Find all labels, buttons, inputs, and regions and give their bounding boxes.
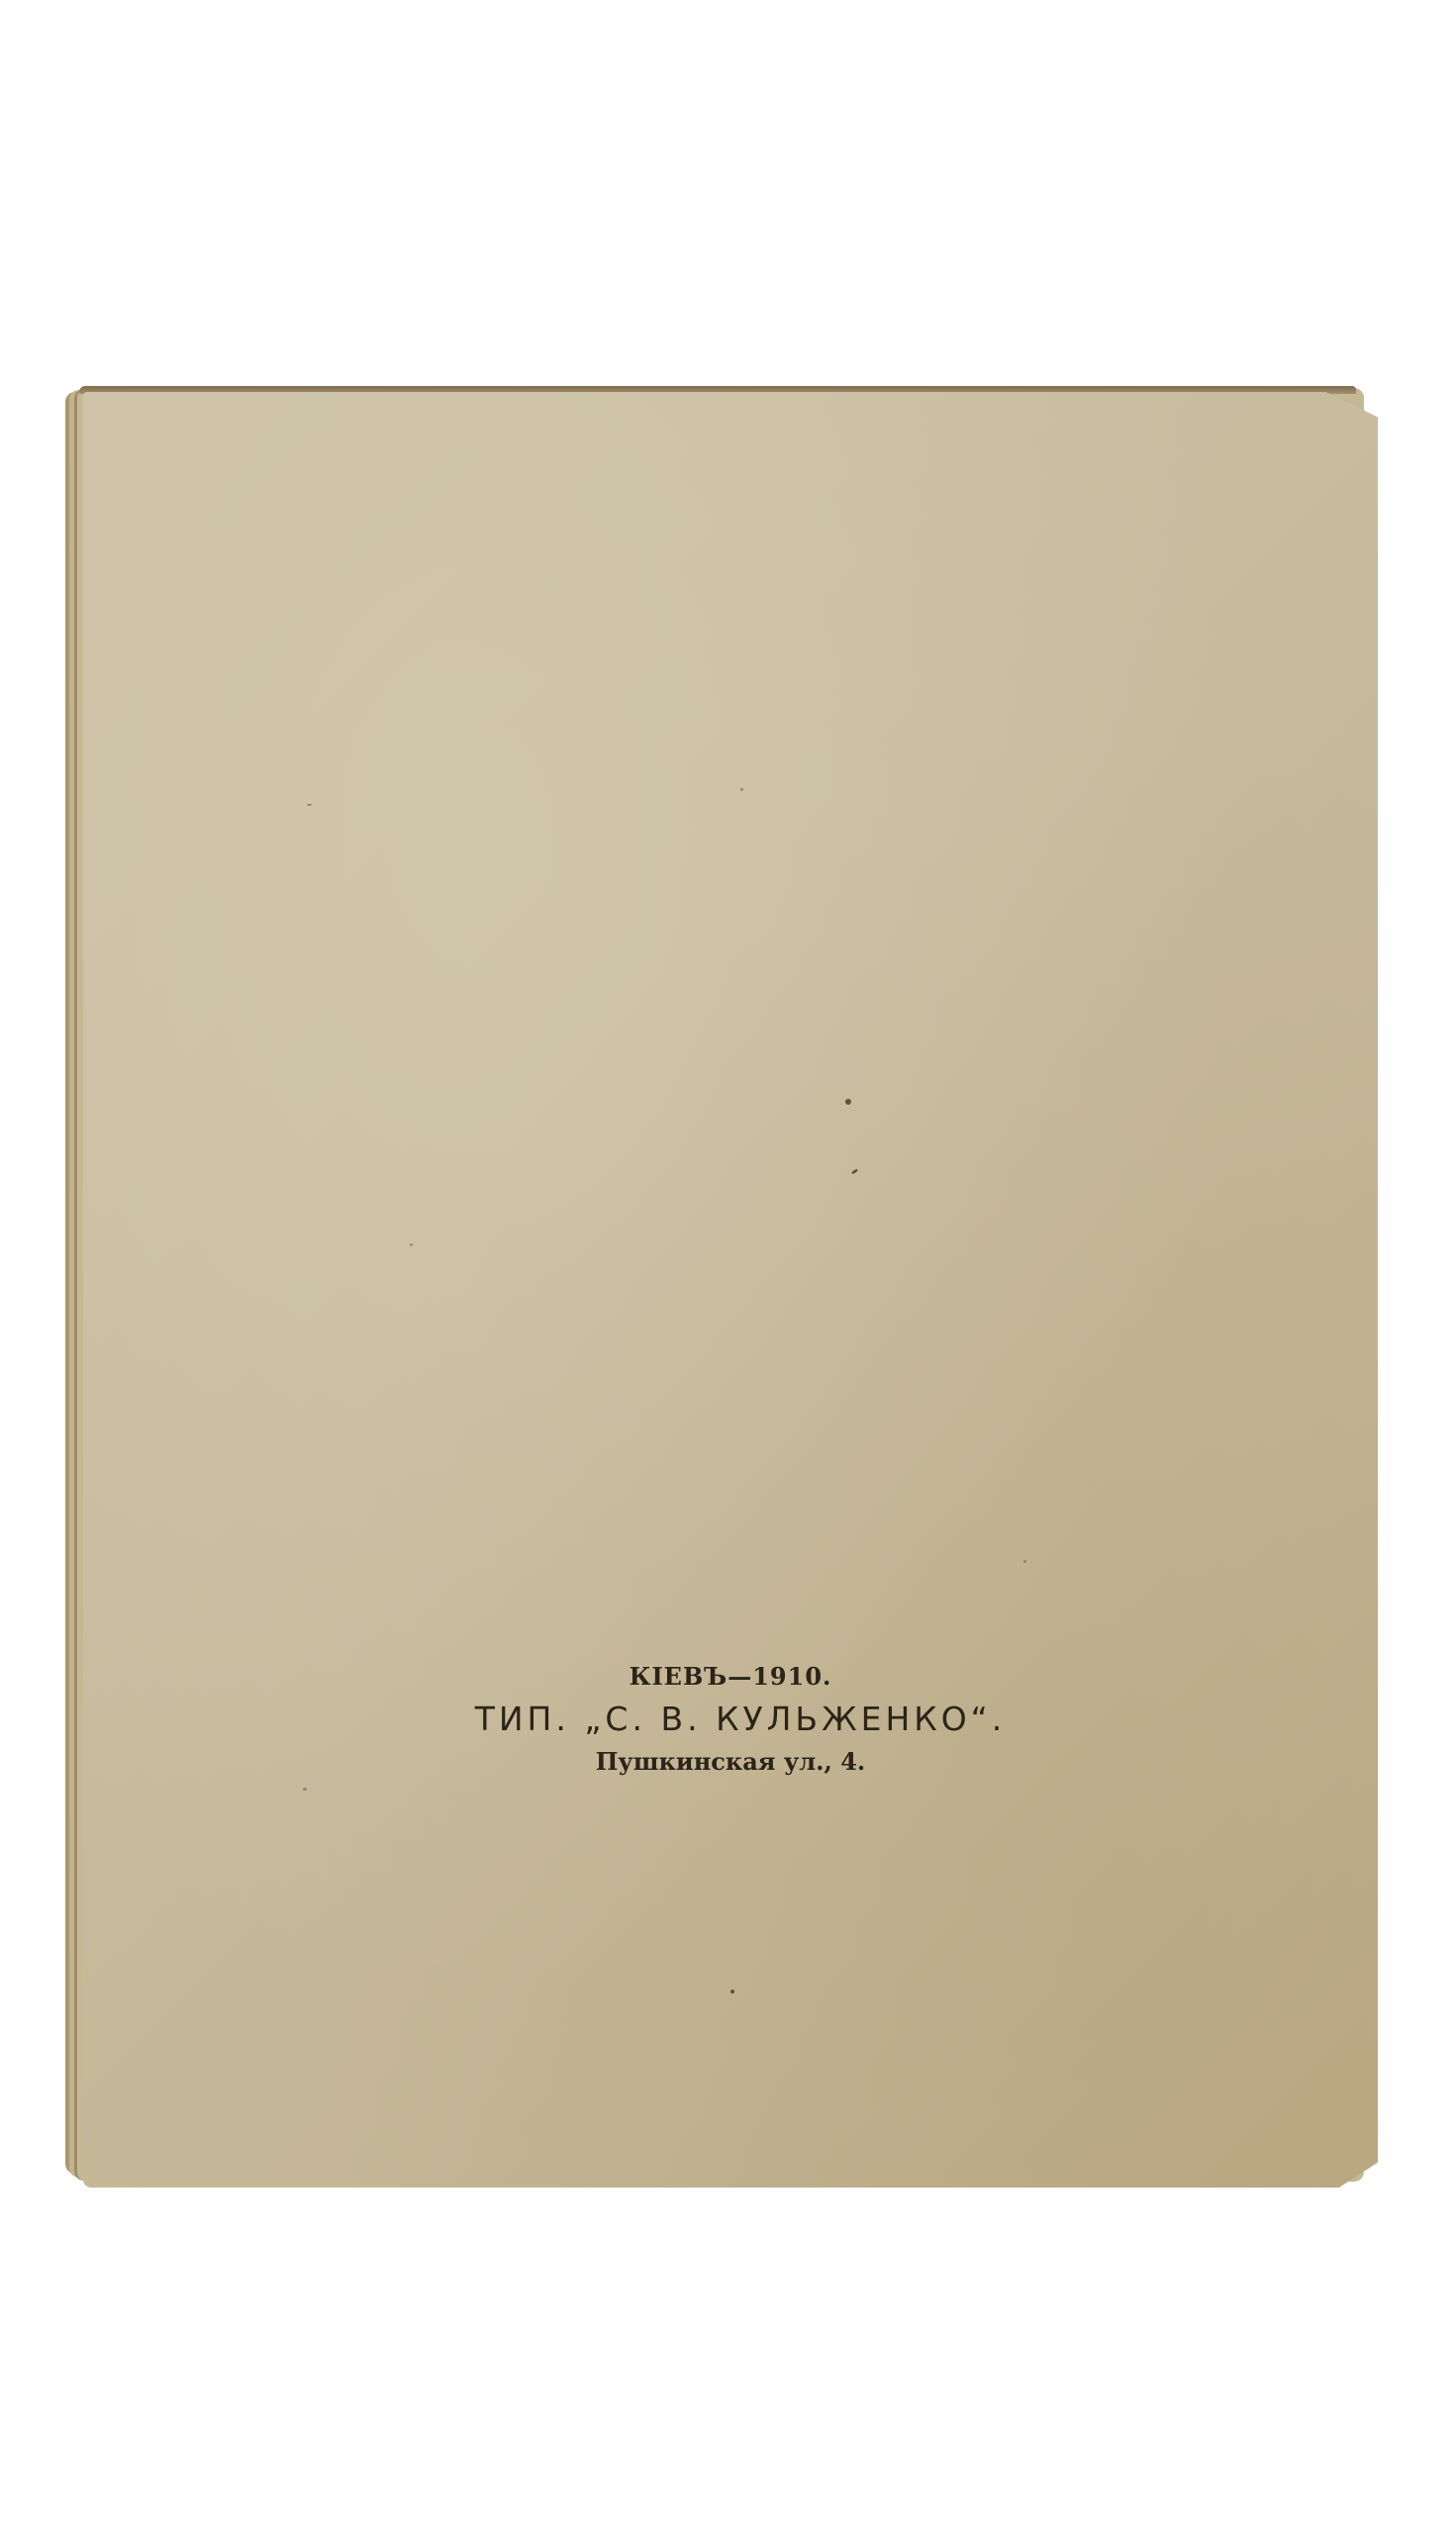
book: КІЕВЪ—1910. ТИП. „С. В. КУЛЬЖЕНКО“. Пушк… [65, 386, 1378, 2195]
paper-speck [1023, 1560, 1026, 1563]
imprint-printer: ТИП. „С. В. КУЛЬЖЕНКО“. [103, 1697, 1378, 1742]
paper-speck [845, 1099, 851, 1105]
imprint-city-year: КІЕВЪ—1910. [83, 1657, 1378, 1697]
paper-speck [303, 1788, 307, 1791]
back-page: КІЕВЪ—1910. ТИП. „С. В. КУЛЬЖЕНКО“. Пушк… [83, 392, 1378, 2188]
paper-speck [730, 1990, 734, 1994]
paper-speck [307, 804, 312, 806]
imprint-address: Пушкинская ул., 4. [83, 1742, 1378, 1782]
printer-imprint: КІЕВЪ—1910. ТИП. „С. В. КУЛЬЖЕНКО“. Пушк… [83, 1657, 1378, 1782]
paper-speck [740, 788, 743, 791]
paper-speck [851, 1168, 858, 1174]
paper-speck [410, 1243, 413, 1246]
